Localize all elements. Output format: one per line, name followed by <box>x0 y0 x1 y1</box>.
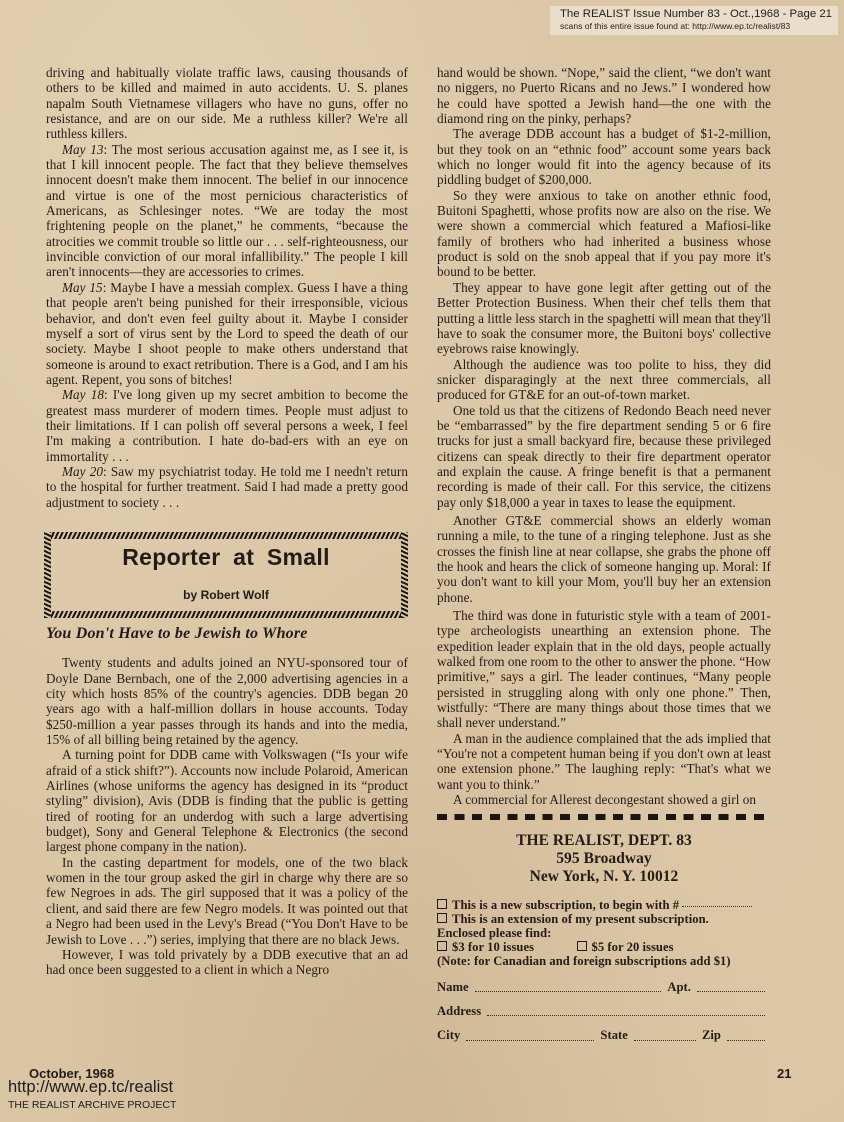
article-paragraph: The average DDB account has a budget of … <box>437 126 771 187</box>
diary-entry: May 13: The most serious accusation agai… <box>46 142 408 280</box>
decorative-border-bottom <box>44 611 408 618</box>
enclosed-label: Enclosed please find: <box>437 926 771 940</box>
decorative-border-top <box>44 532 408 539</box>
address-row: Address <box>437 1004 771 1019</box>
reporter-at-small-box: Reporter at Small by Robert Wolf <box>44 532 408 618</box>
option-new-subscription[interactable]: This is a new subscription, to begin wit… <box>437 898 771 912</box>
article-paragraph: A commercial for Allerest decongestant s… <box>437 792 771 807</box>
page-number: 21 <box>777 1066 791 1081</box>
article-paragraph: So they were anxious to take on another … <box>437 188 771 280</box>
checkbox-10-issues[interactable] <box>437 941 447 951</box>
article-paragraph: A turning point for DDB came with Volksw… <box>46 747 408 854</box>
state-field[interactable] <box>634 1040 696 1041</box>
article-paragraph: However, I was told privately by a DDB e… <box>46 947 408 978</box>
checkbox-new-subscription[interactable] <box>437 899 447 909</box>
decorative-border-right <box>401 532 408 618</box>
zip-field[interactable] <box>727 1040 765 1041</box>
subscription-options: This is a new subscription, to begin wit… <box>437 898 771 968</box>
diary-entry: May 18: I've long given up my secret amb… <box>46 387 408 464</box>
checkbox-20-issues[interactable] <box>577 941 587 951</box>
checkbox-extension[interactable] <box>437 913 447 923</box>
diary-date: May 13 <box>62 142 104 157</box>
issue-info: The REALIST Issue Number 83 - Oct.,1968 … <box>560 8 832 21</box>
apt-field[interactable] <box>697 991 765 992</box>
left-column: driving and habitually violate traffic l… <box>46 65 408 978</box>
article-paragraph: Although the audience was too polite to … <box>437 357 771 403</box>
scan-header-stamp: The REALIST Issue Number 83 - Oct.,1968 … <box>550 6 838 35</box>
coupon-cut-line <box>437 814 771 820</box>
archive-project-label: THE REALIST ARCHIVE PROJECT <box>8 1099 176 1111</box>
diary-date: May 20 <box>62 464 103 479</box>
article-paragraph: In the casting department for models, on… <box>46 855 408 947</box>
column-byline: by Robert Wolf <box>44 588 408 603</box>
option-extension[interactable]: This is an extension of my present subsc… <box>437 912 771 926</box>
coupon-address: THE REALIST, DEPT. 83 595 Broadway New Y… <box>437 832 771 886</box>
price-options: $3 for 10 issues $5 for 20 issues <box>437 940 771 954</box>
address-field[interactable] <box>487 1015 765 1016</box>
issue-number-field[interactable] <box>682 905 752 907</box>
name-field[interactable] <box>475 991 662 992</box>
scan-source-note: scans of this entire issue found at: htt… <box>560 21 832 32</box>
city-field[interactable] <box>466 1040 594 1041</box>
foreign-note: (Note: for Canadian and foreign subscrip… <box>437 954 771 968</box>
diary-date: May 15 <box>62 280 103 295</box>
zip-label: Zip <box>702 1028 721 1043</box>
name-row: Name Apt. <box>437 980 771 995</box>
article-paragraph: The third was done in futuristic style w… <box>437 608 771 731</box>
subscription-coupon: THE REALIST, DEPT. 83 595 Broadway New Y… <box>437 832 771 1044</box>
diary-entry: May 20: Saw my psychiatrist today. He to… <box>46 464 408 510</box>
archive-url[interactable]: http://www.ep.tc/realist <box>8 1078 173 1097</box>
intro-paragraph: driving and habitually violate traffic l… <box>46 65 408 142</box>
decorative-border-left <box>44 532 51 618</box>
address-label: Address <box>437 1004 481 1019</box>
name-label: Name <box>437 980 469 995</box>
state-label: State <box>600 1028 628 1043</box>
column-title: Reporter at Small <box>44 550 408 565</box>
article-paragraph: Twenty students and adults joined an NYU… <box>46 655 408 747</box>
article-paragraph: One told us that the citizens of Redondo… <box>437 403 771 510</box>
article-paragraph: A man in the audience complained that th… <box>437 731 771 792</box>
city-row: City State Zip <box>437 1028 771 1043</box>
apt-label: Apt. <box>667 980 691 995</box>
article-title: You Don't Have to be Jewish to Whore <box>46 626 408 641</box>
diary-entry: May 15: Maybe I have a messiah complex. … <box>46 280 408 387</box>
city-label: City <box>437 1028 460 1043</box>
address-fields: Name Apt. Address City State Zip <box>437 980 771 1044</box>
article-paragraph: They appear to have gone legit after get… <box>437 280 771 357</box>
article-paragraph: hand would be shown. “Nope,” said the cl… <box>437 65 771 126</box>
right-column: hand would be shown. “Nope,” said the cl… <box>437 65 771 1053</box>
article-paragraph: Another GT&E commercial shows an elderly… <box>437 513 771 605</box>
diary-date: May 18 <box>62 387 104 402</box>
